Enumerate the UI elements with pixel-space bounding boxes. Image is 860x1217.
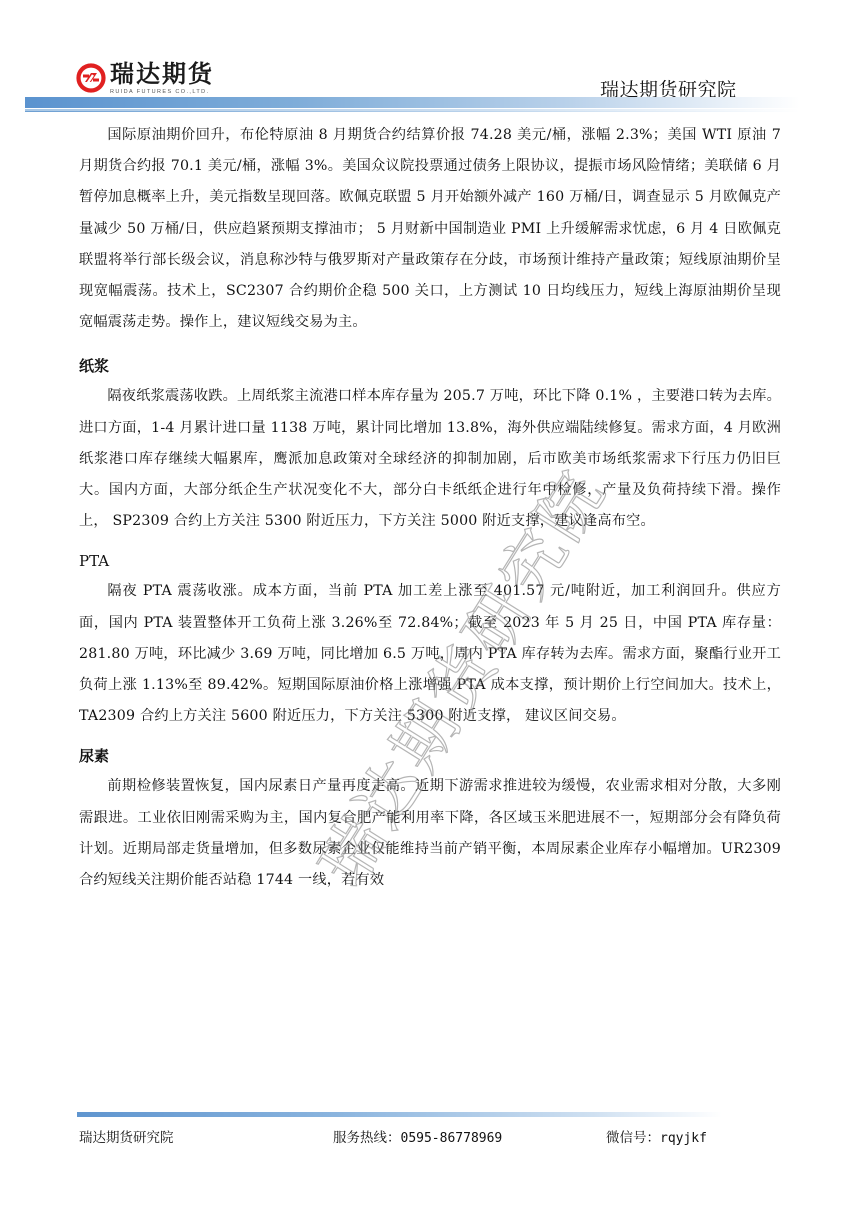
pulp-heading: 纸浆 — [79, 356, 781, 376]
crude-oil-paragraph: 国际原油期价回升，布伦特原油 8 月期货合约结算价报 74.28 美元/桶，涨幅… — [79, 120, 781, 338]
pulp-paragraph: 隔夜纸浆震荡收跌。上周纸浆主流港口样本库存量为 205.7 万吨，环比下降 0.… — [79, 381, 781, 537]
pta-heading: PTA — [79, 551, 781, 571]
footer-divider-bar — [77, 1112, 722, 1117]
pta-paragraph: 隔夜 PTA 震荡收涨。成本方面，当前 PTA 加工差上涨至 401.57 元/… — [79, 576, 781, 732]
logo-name-en: RUIDA FUTURES CO.,LTD. — [110, 89, 214, 96]
ruida-logo-icon — [76, 63, 106, 93]
section-crude-oil: 国际原油期价回升，布伦特原油 8 月期货合约结算价报 74.28 美元/桶，涨幅… — [79, 120, 781, 338]
urea-heading: 尿素 — [79, 746, 781, 766]
section-pulp: 纸浆 隔夜纸浆震荡收跌。上周纸浆主流港口样本库存量为 205.7 万吨，环比下降… — [79, 356, 781, 537]
urea-paragraph: 前期检修装置恢复，国内尿素日产量再度走高。近期下游需求推进较为缓慢，农业需求相对… — [79, 771, 781, 896]
footer-institute-name: 瑞达期货研究院 — [79, 1126, 174, 1146]
wechat-label: 微信号： — [606, 1130, 660, 1146]
footer-wechat: 微信号：rqyjkf — [606, 1126, 707, 1146]
company-logo: 瑞达期货 RUIDA FUTURES CO.,LTD. — [76, 60, 214, 100]
logo-name-cn: 瑞达期货 — [110, 60, 214, 88]
hotline-label: 服务热线： — [333, 1130, 401, 1146]
report-body: 国际原油期价回升，布伦特原油 8 月期货合约结算价报 74.28 美元/桶，涨幅… — [79, 120, 781, 896]
section-urea: 尿素 前期检修装置恢复，国内尿素日产量再度走高。近期下游需求推进较为缓慢，农业需… — [79, 746, 781, 896]
wechat-id: rqyjkf — [660, 1131, 707, 1146]
header-divider-line-thin — [25, 111, 800, 112]
page-header: 瑞达期货 RUIDA FUTURES CO.,LTD. 瑞达期货研究院 — [0, 0, 860, 120]
page-footer: 瑞达期货研究院 服务热线：0595-86778969 微信号：rqyjkf — [79, 1126, 779, 1146]
hotline-number: 0595-86778969 — [401, 1131, 503, 1146]
header-divider-bar — [25, 97, 800, 108]
footer-hotline: 服务热线：0595-86778969 — [333, 1126, 502, 1146]
section-pta: PTA 隔夜 PTA 震荡收涨。成本方面，当前 PTA 加工差上涨至 401.5… — [79, 551, 781, 732]
